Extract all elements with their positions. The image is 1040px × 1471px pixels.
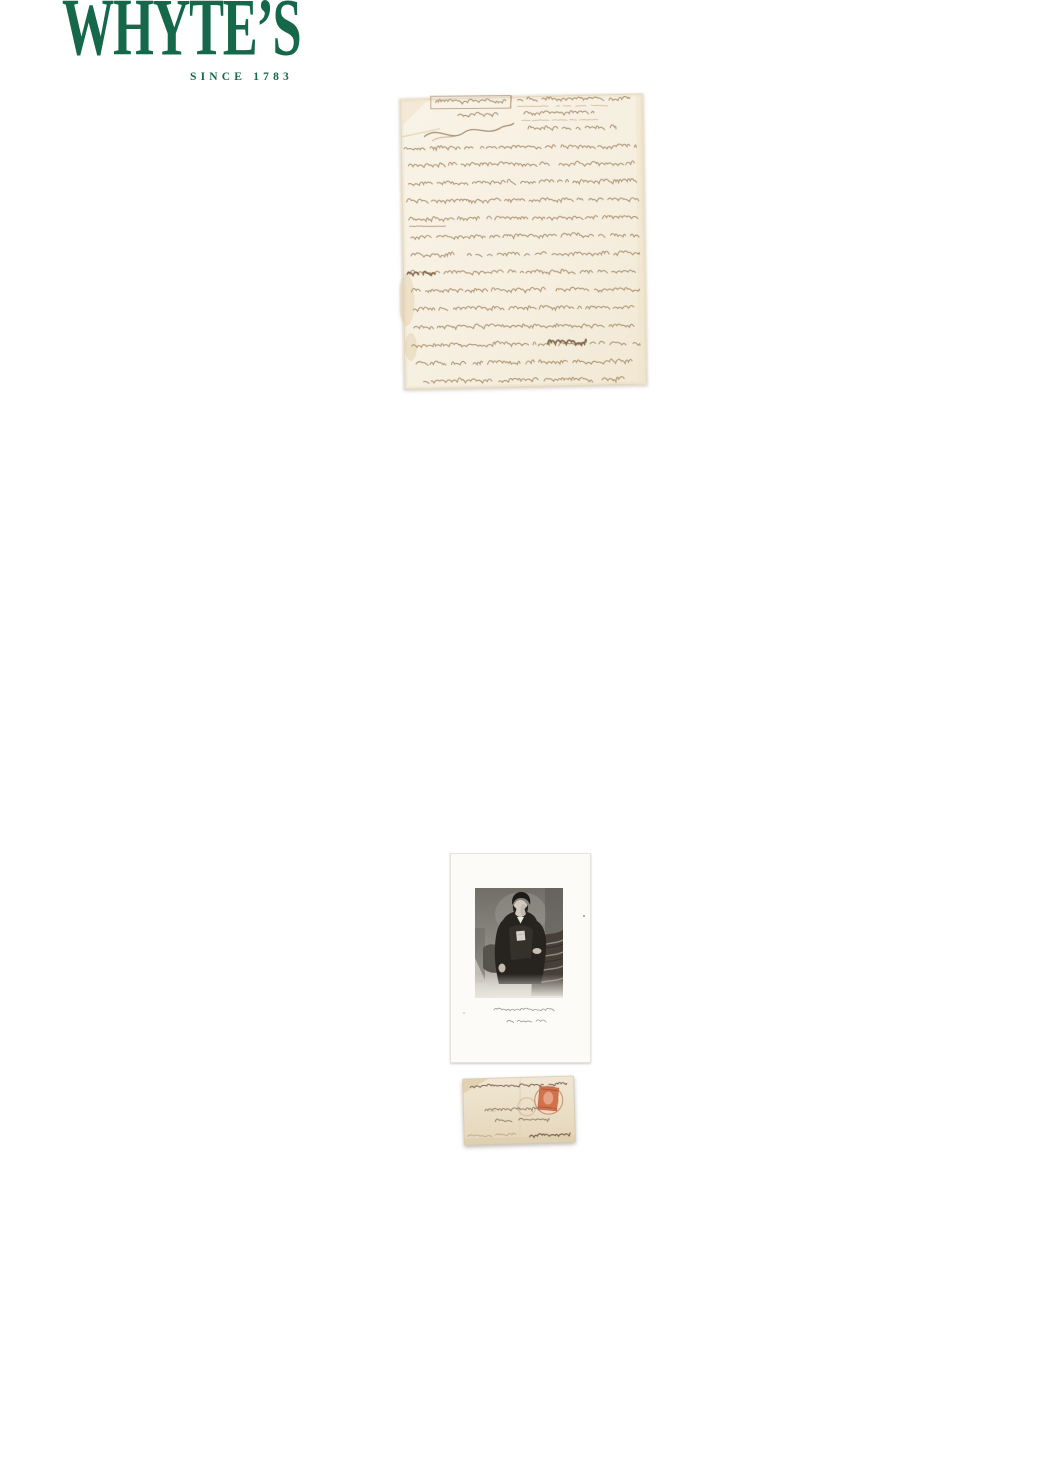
envelope-drawing [462,1075,576,1145]
lot-image-manuscript-letter[interactable] [398,93,649,391]
logo-wordmark: WHYTE’S [62,0,215,69]
handwriting-line [507,1020,546,1023]
plate-speck [463,1012,465,1014]
handwritten-inscription [450,853,591,1063]
whytes-logo[interactable]: WHYTE’S SINCE 1783 [62,0,295,83]
handwriting-line [494,1008,554,1011]
manuscript-drawing [398,93,649,391]
plate-speck [583,915,585,917]
lot-image-portrait-engraving[interactable] [450,853,591,1063]
lot-image-envelope[interactable] [462,1075,576,1145]
logo-tagline: SINCE 1783 [62,71,295,83]
